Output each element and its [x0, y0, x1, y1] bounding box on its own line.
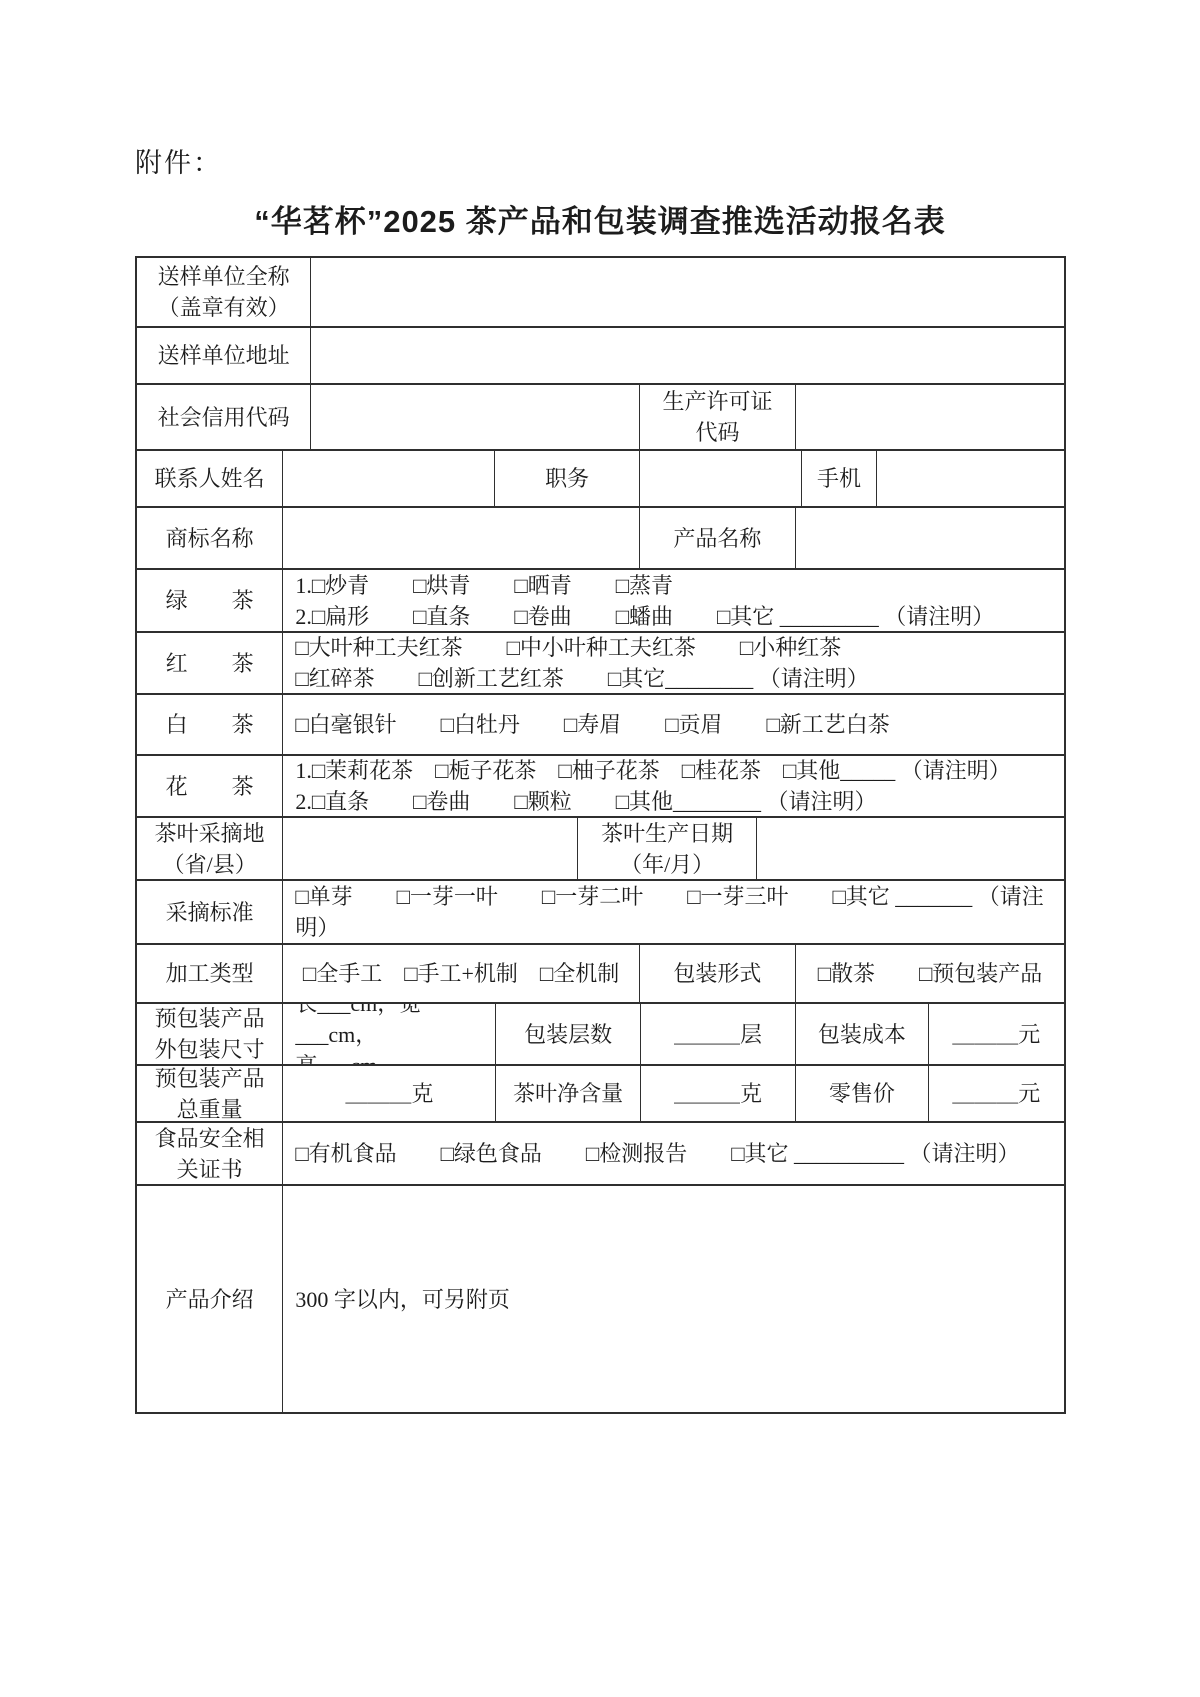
input-cell-position[interactable]	[640, 451, 802, 506]
table-row: 社会信用代码 生产许可证 代码	[137, 385, 1064, 451]
table-row: 产品介绍 300 字以内，可另附页	[137, 1186, 1064, 1412]
field-label-black-tea: 红 茶	[137, 633, 283, 693]
input-cell-retail-price[interactable]: ＿＿＿元	[929, 1066, 1064, 1121]
input-cell-unit-address[interactable]	[311, 328, 1064, 383]
attachment-label: 附件：	[135, 141, 222, 180]
checkbox-group-green-tea[interactable]: 1.□炒青 □烘青 □晒青 □蒸青 2.□扁形 □直条 □卷曲 □蟠曲 □其它 …	[283, 570, 1064, 631]
field-label-contact-name: 联系人姓名	[137, 451, 283, 506]
table-row: 红 茶 □大叶种工夫红茶 □中小叶种工夫红茶 □小种红茶 □红碎茶 □创新工艺红…	[137, 633, 1064, 695]
field-label-retail-price: 零售价	[796, 1066, 928, 1121]
field-label-production-date: 茶叶生产日期 （年/月）	[578, 818, 757, 879]
input-cell-mobile[interactable]	[877, 451, 1064, 506]
table-row: 采摘标准 □单芽 □一芽一叶 □一芽二叶 □一芽三叶 □其它 _______ （…	[137, 881, 1064, 945]
input-cell-credit-code[interactable]	[311, 385, 640, 449]
input-cell-package-cost[interactable]: ＿＿＿元	[929, 1004, 1064, 1064]
field-label-picking-place: 茶叶采摘地 （省/县）	[137, 818, 283, 879]
checkbox-group-black-tea[interactable]: □大叶种工夫红茶 □中小叶种工夫红茶 □小种红茶 □红碎茶 □创新工艺红茶 □其…	[283, 633, 1064, 693]
field-label-food-safety-cert: 食品安全相 关证书	[137, 1123, 283, 1184]
field-label-unit-address: 送样单位地址	[137, 328, 311, 383]
field-label-green-tea: 绿 茶	[137, 570, 283, 631]
input-cell-total-weight[interactable]: ＿＿＿克	[283, 1066, 496, 1121]
field-label-license-code: 生产许可证 代码	[640, 385, 796, 449]
field-label-package-layers: 包装层数	[496, 1004, 640, 1064]
field-label-package-size: 预包装产品 外包装尺寸	[137, 1004, 283, 1064]
field-label-trademark: 商标名称	[137, 508, 283, 568]
table-row: 绿 茶 1.□炒青 □烘青 □晒青 □蒸青 2.□扁形 □直条 □卷曲 □蟠曲 …	[137, 570, 1064, 633]
input-cell-package-layers[interactable]: ＿＿＿层	[641, 1004, 796, 1064]
field-label-picking-standard: 采摘标准	[137, 881, 283, 943]
table-row: 加工类型 □全手工 □手工+机制 □全机制 包装形式 □散茶 □预包装产品	[137, 945, 1064, 1004]
field-label-white-tea: 白 茶	[137, 695, 283, 754]
field-label-packaging-form: 包装形式	[640, 945, 796, 1002]
checkbox-group-flower-tea[interactable]: 1.□茉莉花茶 □栀子花茶 □柚子花茶 □桂花茶 □其他_____ （请注明） …	[283, 756, 1064, 816]
checkbox-group-picking-standard[interactable]: □单芽 □一芽一叶 □一芽二叶 □一芽三叶 □其它 _______ （请注明）	[283, 881, 1064, 943]
input-cell-contact-name[interactable]	[283, 451, 495, 506]
field-label-product-intro: 产品介绍	[137, 1186, 283, 1412]
field-label-position: 职务	[495, 451, 639, 506]
input-cell-production-date[interactable]	[757, 818, 1064, 879]
field-label-total-weight: 预包装产品 总重量	[137, 1066, 283, 1121]
table-row: 联系人姓名 职务 手机	[137, 451, 1064, 508]
input-cell-license-code[interactable]	[796, 385, 1064, 449]
table-row: 茶叶采摘地 （省/县） 茶叶生产日期 （年/月）	[137, 818, 1064, 881]
input-cell-product-name[interactable]	[796, 508, 1064, 568]
input-cell-net-content[interactable]: ＿＿＿克	[641, 1066, 796, 1121]
input-cell-picking-place[interactable]	[283, 818, 578, 879]
table-row: 送样单位全称 （盖章有效）	[137, 258, 1064, 328]
table-row: 预包装产品 总重量 ＿＿＿克 茶叶净含量 ＿＿＿克 零售价 ＿＿＿元	[137, 1066, 1064, 1123]
checkbox-group-packaging-form[interactable]: □散茶 □预包装产品	[796, 945, 1064, 1002]
field-label-processing-type: 加工类型	[137, 945, 283, 1002]
page-title: “华茗杯”2025 茶产品和包装调查推选活动报名表	[0, 196, 1200, 241]
table-row: 预包装产品 外包装尺寸 长___cm，宽___cm， 高___cm 包装层数 ＿…	[137, 1004, 1064, 1066]
input-cell-package-size[interactable]: 长___cm，宽___cm， 高___cm	[283, 1004, 496, 1064]
table-row: 食品安全相 关证书 □有机食品 □绿色食品 □检测报告 □其它 ________…	[137, 1123, 1064, 1186]
input-cell-product-intro[interactable]: 300 字以内，可另附页	[283, 1186, 1064, 1412]
field-label-net-content: 茶叶净含量	[496, 1066, 640, 1121]
table-row: 商标名称 产品名称	[137, 508, 1064, 570]
table-row: 白 茶 □白毫银针 □白牡丹 □寿眉 □贡眉 □新工艺白茶	[137, 695, 1064, 756]
checkbox-group-food-safety-cert[interactable]: □有机食品 □绿色食品 □检测报告 □其它 __________ （请注明）	[283, 1123, 1064, 1184]
field-label-unit-name: 送样单位全称 （盖章有效）	[137, 258, 311, 326]
field-label-flower-tea: 花 茶	[137, 756, 283, 816]
registration-form-table: 送样单位全称 （盖章有效） 送样单位地址 社会信用代码 生产许可证 代码 联系人…	[135, 256, 1066, 1414]
checkbox-group-processing-type[interactable]: □全手工 □手工+机制 □全机制	[283, 945, 639, 1002]
checkbox-group-white-tea[interactable]: □白毫银针 □白牡丹 □寿眉 □贡眉 □新工艺白茶	[283, 695, 1064, 754]
table-row: 送样单位地址	[137, 328, 1064, 385]
field-label-package-cost: 包装成本	[796, 1004, 928, 1064]
input-cell-trademark[interactable]	[283, 508, 639, 568]
field-label-mobile: 手机	[802, 451, 877, 506]
field-label-product-name: 产品名称	[640, 508, 796, 568]
table-row: 花 茶 1.□茉莉花茶 □栀子花茶 □柚子花茶 □桂花茶 □其他_____ （请…	[137, 756, 1064, 818]
field-label-credit-code: 社会信用代码	[137, 385, 311, 449]
input-cell-unit-name[interactable]	[311, 258, 1064, 326]
